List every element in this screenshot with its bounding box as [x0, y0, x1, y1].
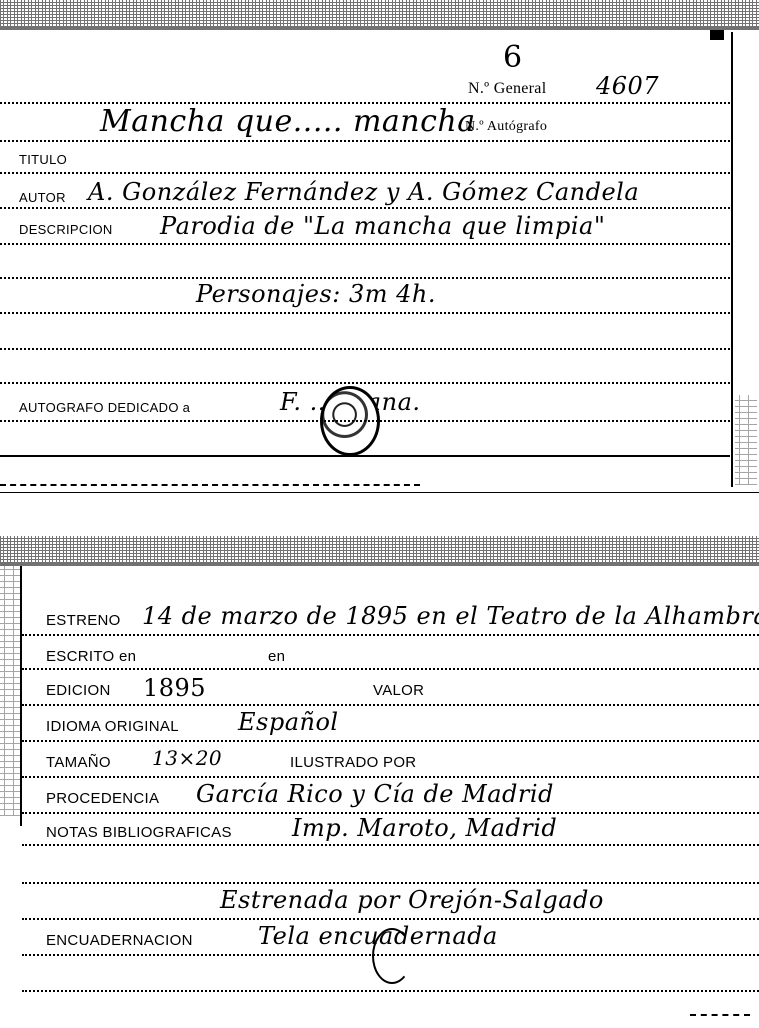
ruled-line [22, 954, 759, 956]
catalog-card-front: 6 N.º General 4607 Mancha que..... manch… [0, 0, 759, 500]
notas-label: NOTAS BIBLIOGRAFICAS [46, 824, 232, 841]
ruled-line [22, 918, 759, 920]
catalog-card-back: ESTRENO 14 de marzo de 1895 en el Teatro… [0, 536, 759, 1028]
ruled-line [0, 348, 730, 350]
edicion-label: EDICION [46, 682, 111, 699]
ruled-line [0, 484, 420, 486]
ruled-line [0, 140, 730, 142]
escrito-label: ESCRITO en [46, 648, 136, 665]
ruled-line [0, 420, 730, 422]
ruled-line [0, 312, 730, 314]
ruled-line [0, 172, 730, 174]
descripcion-value: Parodia de "La mancha que limpia" [160, 212, 605, 240]
autor-label: AUTOR [19, 190, 66, 205]
card-bottom-edge [0, 492, 759, 493]
estrenada-value: Estrenada por Orejón-Salgado [220, 886, 604, 914]
scan-edge-noise [0, 0, 759, 30]
stamp-outline [372, 928, 412, 984]
valor-label: VALOR [373, 682, 424, 699]
ruled-line [22, 740, 759, 742]
encuadernacion-label: ENCUADERNACION [46, 932, 193, 949]
title-handwritten: Mancha que..... mancha [100, 104, 476, 139]
procedencia-value: García Rico y Cía de Madrid [196, 780, 554, 808]
card-left-border [20, 566, 22, 826]
idioma-value: Español [238, 708, 339, 736]
card-right-border [731, 32, 733, 487]
personajes-value: Personajes: 3m 4h. [196, 280, 436, 308]
autografo-dedicado-label: AUTOGRAFO DEDICADO a [19, 400, 190, 415]
ruled-line [22, 844, 759, 846]
estreno-label: ESTRENO [46, 612, 121, 629]
ruled-line [22, 704, 759, 706]
section-mark: 6 [503, 40, 523, 75]
tamano-value: 13×20 [152, 746, 222, 770]
ruled-line [0, 207, 730, 209]
ruled-line [22, 776, 759, 778]
ruled-line [22, 634, 759, 636]
scan-edge-noise [0, 566, 22, 816]
estreno-value: 14 de marzo de 1895 en el Teatro de la A… [142, 602, 759, 630]
scan-edge-noise [735, 395, 757, 485]
ruled-line [690, 1014, 750, 1016]
ink-blot [710, 30, 724, 40]
ruled-line [22, 990, 759, 992]
ruled-line [0, 243, 730, 245]
ruled-line [0, 382, 730, 384]
descripcion-label: DESCRIPCION [19, 222, 113, 237]
autor-value: A. González Fernández y A. Gómez Candela [88, 178, 639, 206]
edicion-value: 1895 [143, 674, 206, 702]
ruled-line [22, 668, 759, 670]
ruled-line [0, 277, 730, 279]
ilustrado-label: ILUSTRADO POR [290, 754, 416, 771]
escrito-en-label: en [268, 648, 285, 665]
ruled-line [0, 455, 730, 457]
numero-general-value: 4607 [596, 72, 659, 100]
notas-value: Imp. Maroto, Madrid [292, 814, 557, 842]
scan-edge-noise [0, 536, 759, 566]
tamano-label: TAMAÑO [46, 754, 111, 771]
titulo-label: TITULO [19, 152, 67, 167]
ruled-line [22, 882, 759, 884]
numero-autografo-label: N.º Autógrafo [465, 119, 547, 135]
idioma-label: IDIOMA ORIGINAL [46, 718, 179, 735]
numero-general-label: N.º General [468, 80, 546, 98]
procedencia-label: PROCEDENCIA [46, 790, 159, 807]
